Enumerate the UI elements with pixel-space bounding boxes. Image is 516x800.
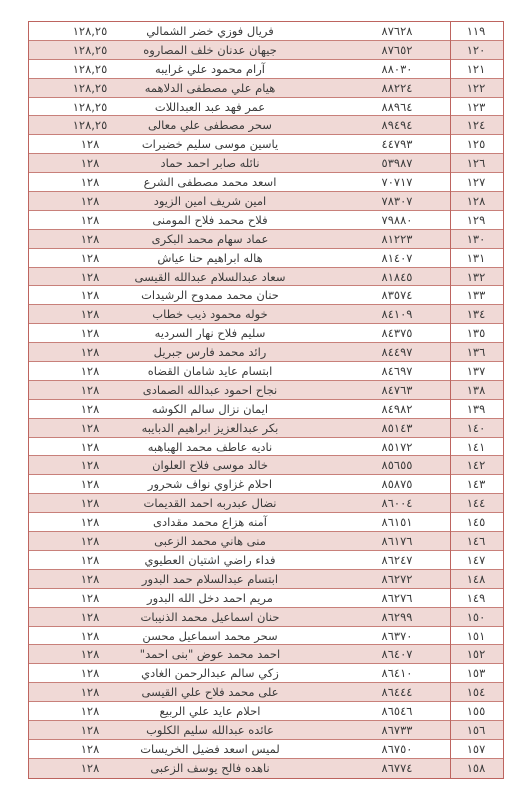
table-row: ١٢٨ اسعد محمد مصطفى الشرع ٧٠٧١٧ ١٢٧ [29,173,503,192]
name-cell: ايمان نزال سالم الكوشه [152,400,268,418]
serial-cell: ٨١٨٤٥ [382,268,413,286]
name-cell: سعاد عبدالسلام عبدالله القيسى [135,268,286,286]
name-cell: آرام محمود علي غرايبه [155,60,265,78]
amount-cell: ١٢٨ [81,551,100,569]
name-cell: لميس اسعد فضيل الخريسات [140,740,280,758]
amount-cell: ١٢٨ [81,589,100,607]
amount-cell: ١٢٨ [81,192,100,210]
row-number-cell: ١٢٤ [467,116,486,134]
row-number-cell: ١٥٣ [467,664,486,682]
amount-cell: ١٢٨,٢٥ [73,60,108,78]
table-row: ١٢٨ احلام عايد علي الربيع ٨٦٥٤٦ ١٥٥ [29,702,503,721]
serial-cell: ٨٦٤٤٤ [382,683,413,701]
row-number-cell: ١٣٣ [467,286,486,304]
table-row: ١٢٨ سعاد عبدالسلام عبدالله القيسى ٨١٨٤٥ … [29,268,503,287]
name-cell: خالد موسى فلاح العلوان [152,456,268,474]
row-number-cell: ١٢٦ [467,154,486,172]
serial-cell: ٧٩٨٨٠ [382,211,413,229]
row-number-cell: ١٣٠ [467,230,486,248]
serial-cell: ٨٦٢٤٧ [382,551,413,569]
table-row: ١٢٨ حنان محمد ممدوح الرشيدات ٨٣٥٧٤ ١٣٣ [29,286,503,305]
row-number-cell: ١٥٧ [467,740,486,758]
row-number-cell: ١٣٥ [467,324,486,342]
row-number-cell: ١٢٣ [467,98,486,116]
row-number-cell: ١٢٢ [467,79,486,97]
row-number-cell: ١٢٠ [467,41,486,59]
amount-cell: ١٢٨ [81,400,100,418]
amount-cell: ١٢٨ [81,419,100,437]
row-number-cell: ١٣٧ [467,362,486,380]
amount-cell: ١٢٨ [81,475,100,493]
row-number-cell: ١٢٥ [467,135,486,153]
row-number-cell: ١٢٩ [467,211,486,229]
table-row: ١٢٨ بكر عبدالعزيز ابراهيم الدبايبه ٨٥١٤٣… [29,419,503,438]
amount-cell: ١٢٨ [81,608,100,626]
amount-cell: ١٢٨ [81,721,100,739]
table-row: ١٢٨ نجاح احمود عبدالله الصمادى ٨٤٧٦٣ ١٣٨ [29,381,503,400]
table-row: ١٢٨ فلاح محمد فلاح المومنى ٧٩٨٨٠ ١٢٩ [29,211,503,230]
name-cell: ياسين موسى سليم خضيرات [142,135,278,153]
serial-cell: ٨٦٢٧٦ [382,589,413,607]
row-number-cell: ١٢٨ [467,192,486,210]
row-number-cell: ١٥٥ [467,702,486,720]
row-number-cell: ١٤٠ [467,419,486,437]
name-cell: سحر مصطفى علي معالى [148,116,272,134]
name-cell: سليم فلاح نهار السرديه [155,324,266,342]
table-row: ١٢٨ نائله صابر احمد حماد ٥٣٩٨٧ ١٢٦ [29,154,503,173]
serial-cell: ٨٤٤٩٧ [382,343,413,361]
serial-cell: ٨٤٩٨٢ [382,400,413,418]
serial-cell: ٧٠٧١٧ [382,173,413,191]
name-cell: سحر محمد اسماعيل محسن [142,627,277,645]
table-row: ١٢٨ لميس اسعد فضيل الخريسات ٨٦٧٥٠ ١٥٧ [29,740,503,759]
row-number-cell: ١٥١ [467,627,486,645]
name-cell: امين شريف امين الزيود [154,192,267,210]
row-number-cell: ١٥٦ [467,721,486,739]
name-cell: نائله صابر احمد حماد [160,154,259,172]
serial-cell: ٥٣٩٨٧ [382,154,413,172]
amount-cell: ١٢٨,٢٥ [73,22,108,40]
amount-cell: ١٢٨ [81,532,100,550]
row-number-cell: ١٣٩ [467,400,486,418]
amount-cell: ١٢٨ [81,645,100,663]
amount-cell: ١٢٨ [81,513,100,531]
table-row: ١٢٨ حنان اسماعيل محمد الذنيبات ٨٦٢٩٩ ١٥٠ [29,608,503,627]
row-number-cell: ١٣٢ [467,268,486,286]
name-cell: نجاح احمود عبدالله الصمادى [143,381,278,399]
table-row: ١٢٨ خالد موسى فلاح العلوان ٨٥٦٥٥ ١٤٢ [29,456,503,475]
name-cell: هيام علي مصطفى الدلاهمه [145,79,276,97]
amount-cell: ١٢٨ [81,494,100,512]
table-row: ١٢٨,٢٥ عمر فهد عبد العبداللات ٨٨٩٦٤ ١٢٣ [29,98,503,117]
serial-cell: ٨٦٧٧٤ [382,759,413,777]
row-number-cell: ١١٩ [467,22,486,40]
name-cell: احمد محمد عوض "بنى احمد" [140,645,280,663]
name-cell: زكي سالم عبدالرحمن الغادي [141,664,279,682]
name-cell: فلاح محمد فلاح المومنى [152,211,267,229]
name-cell: ابتسام عايد شامان القضاه [148,362,273,380]
row-number-cell: ١٣١ [467,249,486,267]
table-row: ١٢٨ فداء راضي اشتيان العطيوي ٨٦٢٤٧ ١٤٧ [29,551,503,570]
amount-cell: ١٢٨ [81,456,100,474]
amount-cell: ١٢٨ [81,286,100,304]
name-cell: عماد سهام محمد البكرى [152,230,269,248]
serial-cell: ٨٦٧٥٠ [382,740,413,758]
amount-cell: ١٢٨ [81,324,100,342]
amount-cell: ١٢٨ [81,343,100,361]
table-row: ١٢٨ هاله ابراهيم حنا عياش ٨١٤٠٧ ١٣١ [29,249,503,268]
row-number-cell: ١٥٨ [467,759,486,777]
row-number-cell: ١٣٦ [467,343,486,361]
amount-cell: ١٢٨ [81,211,100,229]
name-cell: احلام غزاوي نواف شحرور [148,475,272,493]
amount-cell: ١٢٨ [81,740,100,758]
row-number-cell: ١٤٨ [467,570,486,588]
table-row: ١٢٨,٢٥ فريال فوزي خضر الشمالي ٨٧٦٢٨ ١١٩ [29,22,503,41]
serial-cell: ٨٦٢٩٩ [382,608,413,626]
amount-cell: ١٢٨ [81,249,100,267]
serial-cell: ٨٦٧٣٣ [382,721,413,739]
table-row: ١٢٨ ابتسام عايد شامان القضاه ٨٤٦٩٧ ١٣٧ [29,362,503,381]
serial-cell: ٨٨٠٣٠ [382,60,413,78]
name-cell: فريال فوزي خضر الشمالي [146,22,274,40]
name-cell: مريم احمد دخل الله البدور [147,589,273,607]
serial-cell: ٨٧٦٢٨ [382,22,413,40]
amount-cell: ١٢٨ [81,173,100,191]
serial-cell: ٨١٢٢٣ [382,230,413,248]
row-number-cell: ١٤٥ [467,513,486,531]
amount-cell: ١٢٨,٢٥ [73,98,108,116]
row-number-cell: ١٥٤ [467,683,486,701]
row-number-cell: ١٤٤ [467,494,486,512]
name-cell: ابتسام عبدالسلام حمد البدور [142,570,278,588]
amount-cell: ١٢٨ [81,154,100,172]
name-cell: على محمد فلاح علي القيسى [141,683,278,701]
amount-cell: ١٢٨ [81,438,100,456]
row-number-cell: ١٤٩ [467,589,486,607]
table-row: ١٢٨ ياسين موسى سليم خضيرات ٤٤٧٩٣ ١٢٥ [29,135,503,154]
serial-cell: ٨١٤٠٧ [382,249,413,267]
amount-cell: ١٢٨,٢٥ [73,116,108,134]
row-number-cell: ١٣٨ [467,381,486,399]
table-row: ١٢٨ مريم احمد دخل الله البدور ٨٦٢٧٦ ١٤٩ [29,589,503,608]
name-cell: ناديه عاطف محمد الهباهبه [148,438,273,456]
name-cell: ناهده فالح يوسف الزعبى [150,759,269,777]
name-cell: هاله ابراهيم حنا عياش [157,249,262,267]
table-row: ١٢٨ امين شريف امين الزيود ٧٨٣٠٧ ١٢٨ [29,192,503,211]
serial-cell: ٨٦١٧٦ [382,532,413,550]
serial-cell: ٨٥٦٥٥ [382,456,413,474]
amount-cell: ١٢٨ [81,135,100,153]
name-cell: خوله محمود ذيب خطاب [152,305,267,323]
table-row: ١٢٨ عماد سهام محمد البكرى ٨١٢٢٣ ١٣٠ [29,230,503,249]
row-number-cell: ١٤٣ [467,475,486,493]
row-number-column-separator [450,22,451,778]
table-row: ١٢٨ ابتسام عبدالسلام حمد البدور ٨٦٢٧٢ ١٤… [29,570,503,589]
amount-cell: ١٢٨ [81,664,100,682]
table-row: ١٢٨ ايمان نزال سالم الكوشه ٨٤٩٨٢ ١٣٩ [29,400,503,419]
serial-cell: ٨٨٩٦٤ [382,98,413,116]
row-number-cell: ١٤٢ [467,456,486,474]
serial-cell: ٨٤٧٦٣ [382,381,413,399]
name-cell: اسعد محمد مصطفى الشرع [144,173,277,191]
name-cell: نضال عبدربه احمد القديمات [143,494,276,512]
amount-cell: ١٢٨ [81,305,100,323]
table-row: ١٢٨ نضال عبدربه احمد القديمات ٨٦٠٠٤ ١٤٤ [29,494,503,513]
serial-cell: ٨٥١٧٢ [382,438,413,456]
name-cell: آمنه هزاع محمد مقدادى [153,513,267,531]
name-cell: بكر عبدالعزيز ابراهيم الدبايبه [142,419,279,437]
table-row: ١٢٨,٢٥ هيام علي مصطفى الدلاهمه ٨٨٢٢٤ ١٢٢ [29,79,503,98]
row-number-cell: ١٣٤ [467,305,486,323]
row-number-cell: ١٤١ [467,438,486,456]
table-row: ١٢٨ عائده عبدالله سليم الكلوب ٨٦٧٣٣ ١٥٦ [29,721,503,740]
serial-cell: ٨٥١٤٣ [382,419,413,437]
serial-cell: ٨٩٤٩٤ [382,116,413,134]
table-row: ١٢٨ خوله محمود ذيب خطاب ٨٤١٠٩ ١٣٤ [29,305,503,324]
serial-cell: ٨٦١٥١ [382,513,413,531]
amount-cell: ١٢٨ [81,570,100,588]
serial-cell: ٨٤١٠٩ [382,305,413,323]
amount-cell: ١٢٨,٢٥ [73,41,108,59]
name-cell: عائده عبدالله سليم الكلوب [146,721,274,739]
amount-cell: ١٢٨ [81,702,100,720]
serial-cell: ٤٤٧٩٣ [382,135,413,153]
page: { "page": { "background": "#ffffff" }, "… [0,0,516,800]
table-row: ١٢٨ منى هاني محمد الزعبى ٨٦١٧٦ ١٤٦ [29,532,503,551]
table-row: ١٢٨,٢٥ جيهان عدنان خلف المصاروه ٨٧٦٥٢ ١٢… [29,41,503,60]
name-cell: احلام عايد علي الربيع [160,702,261,720]
amount-cell: ١٢٨ [81,683,100,701]
serial-cell: ٨٦٢٧٢ [382,570,413,588]
amount-cell: ١٢٨ [81,381,100,399]
name-cell: حنان اسماعيل محمد الذنيبات [141,608,280,626]
serial-cell: ٨٦٠٠٤ [382,494,413,512]
table-row: ١٢٨ سليم فلاح نهار السرديه ٨٤٣٧٥ ١٣٥ [29,324,503,343]
table-row: ١٢٨ احمد محمد عوض "بنى احمد" ٨٦٤٠٧ ١٥٢ [29,645,503,664]
name-cell: جيهان عدنان خلف المصاروه [143,41,277,59]
row-number-cell: ١٥٠ [467,608,486,626]
table-row: ١٢٨ احلام غزاوي نواف شحرور ٨٥٨٧٥ ١٤٣ [29,475,503,494]
row-number-cell: ١٢١ [467,60,486,78]
amount-cell: ١٢٨ [81,759,100,777]
amount-cell: ١٢٨ [81,627,100,645]
row-number-cell: ١٢٧ [467,173,486,191]
row-number-cell: ١٥٢ [467,645,486,663]
name-cell: حنان محمد ممدوح الرشيدات [141,286,279,304]
serial-cell: ٨٦٤٠٧ [382,645,413,663]
row-number-cell: ١٤٦ [467,532,486,550]
table-row: ١٢٨ ناهده فالح يوسف الزعبى ٨٦٧٧٤ ١٥٨ [29,759,503,778]
table-row: ١٢٨,٢٥ آرام محمود علي غرايبه ٨٨٠٣٠ ١٢١ [29,60,503,79]
name-cell: رائد محمد فارس جبريل [154,343,267,361]
table-row: ١٢٨ رائد محمد فارس جبريل ٨٤٤٩٧ ١٣٦ [29,343,503,362]
table-row: ١٢٨ ناديه عاطف محمد الهباهبه ٨٥١٧٢ ١٤١ [29,438,503,457]
name-cell: فداء راضي اشتيان العطيوي [144,551,275,569]
results-table: ١٢٨,٢٥ فريال فوزي خضر الشمالي ٨٧٦٢٨ ١١٩ … [28,21,504,779]
table-row: ١٢٨ على محمد فلاح علي القيسى ٨٦٤٤٤ ١٥٤ [29,683,503,702]
serial-cell: ٨٣٥٧٤ [382,286,413,304]
serial-cell: ٨٦٥٤٦ [382,702,413,720]
table-row: ١٢٨ آمنه هزاع محمد مقدادى ٨٦١٥١ ١٤٥ [29,513,503,532]
table-row: ١٢٨,٢٥ سحر مصطفى علي معالى ٨٩٤٩٤ ١٢٤ [29,116,503,135]
name-cell: منى هاني محمد الزعبى [154,532,266,550]
serial-cell: ٨٧٦٥٢ [382,41,413,59]
amount-cell: ١٢٨ [81,268,100,286]
serial-cell: ٨٦٤١٠ [382,664,413,682]
row-number-cell: ١٤٧ [467,551,486,569]
amount-cell: ١٢٨ [81,362,100,380]
table-row: ١٢٨ سحر محمد اسماعيل محسن ٨٦٣٧٠ ١٥١ [29,627,503,646]
serial-cell: ٨٥٨٧٥ [382,475,413,493]
name-cell: عمر فهد عبد العبداللات [155,98,265,116]
amount-cell: ١٢٨,٢٥ [73,79,108,97]
amount-cell: ١٢٨ [81,230,100,248]
serial-cell: ٨٦٣٧٠ [382,627,413,645]
serial-cell: ٧٨٣٠٧ [382,192,413,210]
serial-cell: ٨٤٦٩٧ [382,362,413,380]
table-row: ١٢٨ زكي سالم عبدالرحمن الغادي ٨٦٤١٠ ١٥٣ [29,664,503,683]
serial-cell: ٨٤٣٧٥ [382,324,413,342]
serial-cell: ٨٨٢٢٤ [382,79,413,97]
